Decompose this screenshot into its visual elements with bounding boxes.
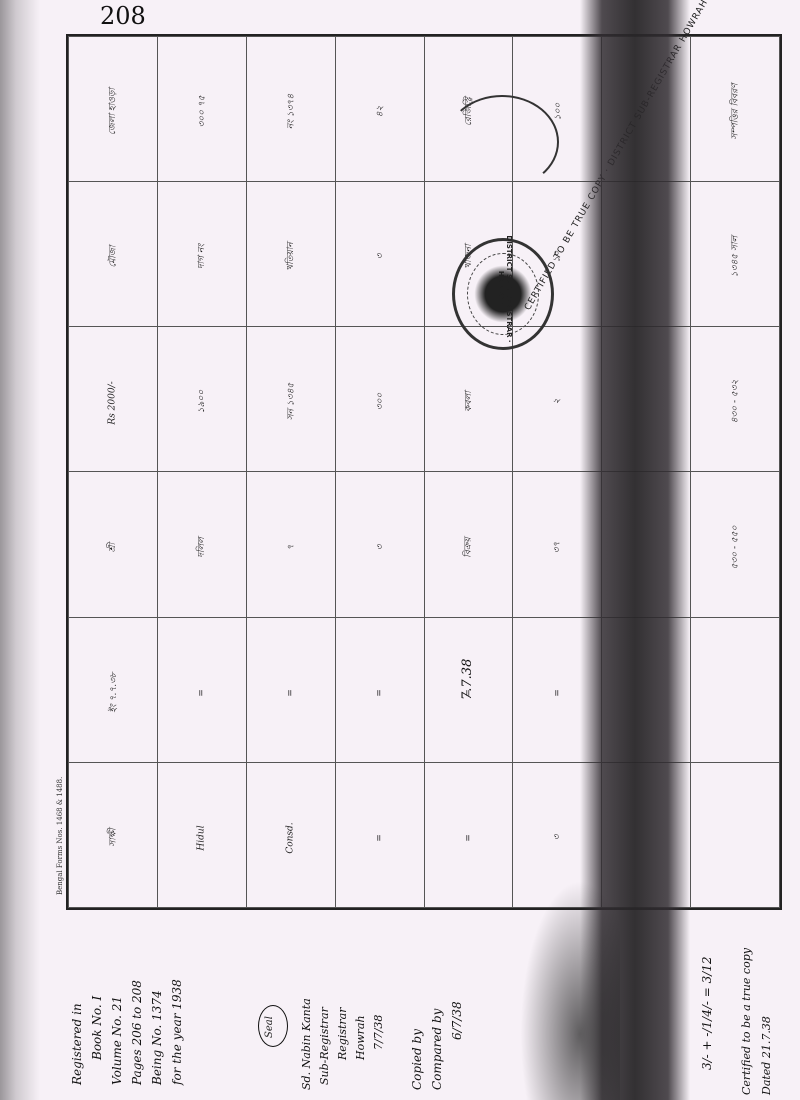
register-table: জেলা হাওড়া ৩০০ ৭৫ নং ১৩৭৪ ৪২ রেজিস্ট্রি…: [66, 34, 782, 910]
table-cell: Rs 2000/-: [69, 327, 158, 472]
table-cell: ৩: [335, 182, 424, 327]
table-cell: =: [246, 617, 335, 762]
table-cell: =: [513, 617, 602, 762]
table-cell: Hidul: [157, 762, 246, 907]
table-cell: =: [157, 617, 246, 762]
table-cell: [691, 617, 780, 762]
registrar-note-line: Howrah: [354, 1015, 367, 1060]
registrar-note-line: Sub-Registrar: [318, 1007, 331, 1085]
table-cell: ১৩৪৫ সাল: [691, 182, 780, 327]
form-label: Bengal Forms Nos. 1468 & 1488.: [56, 777, 64, 895]
scanned-document-page: 208 Bengal Forms Nos. 1468 & 1488. জেলা …: [0, 0, 800, 1100]
stamp-text: DISTRICT SUB-REGISTRAR · HOWRAH: [497, 229, 513, 349]
registered-note-line: Pages 206 to 208: [130, 980, 144, 1085]
copy-note-line: Copied by: [410, 1029, 424, 1090]
table-cell: মৌজা: [69, 182, 158, 327]
scan-smudge: [520, 880, 620, 1100]
registered-note-line: Being No. 1374: [150, 990, 164, 1085]
copy-note-line: Compared by: [430, 1009, 444, 1090]
table-cell: দাগ নং: [157, 182, 246, 327]
table-cell: [602, 617, 691, 762]
table-cell: Consd.: [246, 762, 335, 907]
table-cell: [691, 762, 780, 907]
registrar-note-line: Sd. Nabin Kanta: [300, 998, 313, 1090]
table-cell: সন ১৩৪৫: [246, 327, 335, 472]
table-cell: ৭: [246, 472, 335, 617]
table-cell: [602, 472, 691, 617]
registrar-note-line: Registrar: [336, 1008, 349, 1061]
table-cell: ৪২: [335, 37, 424, 182]
table-cell: দলিল: [157, 472, 246, 617]
page-number: 208: [100, 2, 146, 30]
table-cell: [602, 182, 691, 327]
table-cell: সাক্ষী: [69, 762, 158, 907]
table-cell: খতিয়ান: [246, 182, 335, 327]
table-cell: বিক্রয়: [424, 472, 513, 617]
table-cell: ৩০০: [335, 327, 424, 472]
table-cell: ১৯০০: [157, 327, 246, 472]
registered-note-line: for the year 1938: [170, 979, 184, 1085]
scan-edge-shadow: [0, 0, 40, 1100]
registered-note-line: Registered in: [70, 1003, 84, 1085]
copy-note-line: 6/7/38: [450, 1001, 464, 1040]
registrar-note-line: 7/7/38: [372, 1015, 385, 1050]
table-cell: ৪৩০ - ৫৩২: [691, 327, 780, 472]
table-cell: ৩৭: [513, 472, 602, 617]
signed-date: 7.7.38: [460, 659, 475, 700]
table-cell: সম্পত্তির বিবরণ: [691, 37, 780, 182]
fee-note: 3/- + -/1/4/- = 3/12: [700, 956, 714, 1070]
table-cell: নং ১৩৭৪: [246, 37, 335, 182]
table-cell: =: [335, 762, 424, 907]
register-grid: জেলা হাওড়া ৩০০ ৭৫ নং ১৩৭৪ ৪২ রেজিস্ট্রি…: [68, 36, 780, 908]
table-cell: ৩: [335, 472, 424, 617]
table-cell: ৩০০ ৭৫: [157, 37, 246, 182]
table-cell: [602, 327, 691, 472]
certified-note-line: Dated 21.7.38: [760, 1016, 773, 1095]
certified-stamp-arc: [445, 95, 559, 189]
table-cell: =: [335, 617, 424, 762]
table-cell: =: [424, 762, 513, 907]
seal-label: Seal: [264, 1016, 275, 1038]
table-cell: জেলা হাওড়া: [69, 37, 158, 182]
table-cell: ২: [513, 327, 602, 472]
registered-note-line: Volume No. 21: [110, 996, 124, 1085]
certified-note-line: Certified to be a true copy: [740, 948, 753, 1095]
registered-note-line: Book No. I: [90, 996, 104, 1060]
table-cell: ৫৩০ - ৫৫০: [691, 472, 780, 617]
table-cell: শ্রী: [69, 472, 158, 617]
table-cell: ইং ৭.৭.৩৮: [69, 617, 158, 762]
registrar-seal-stamp: DISTRICT SUB-REGISTRAR · HOWRAH: [452, 238, 554, 350]
